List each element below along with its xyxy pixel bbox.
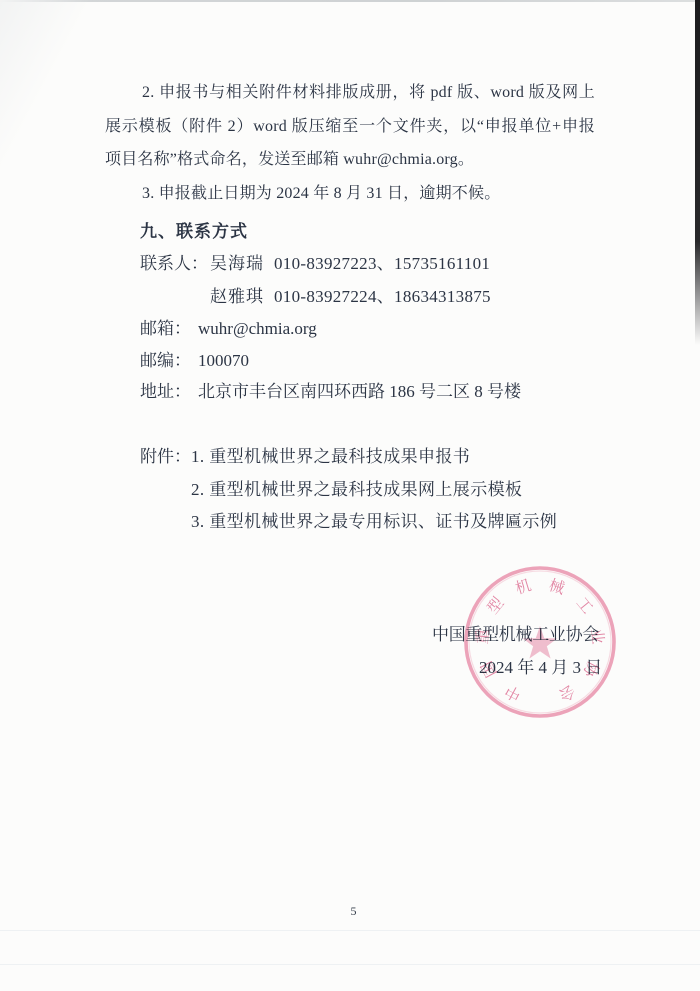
- svg-text:工: 工: [573, 594, 596, 617]
- address-value: 北京市丰台区南四环西路 186 号二区 8 号楼: [198, 382, 521, 401]
- star-icon: [523, 626, 557, 659]
- section-heading-contact: 九、联系方式: [140, 220, 248, 244]
- address-label: 地址：: [140, 382, 191, 401]
- contact-row: 赵雅琪010-83927224、18634313875: [140, 285, 491, 309]
- email-row: 邮箱：wuhr@chmia.org: [140, 317, 317, 341]
- paragraph-line: 项目名称”格式命名，发送至邮箱 wuhr@chmia.org。: [105, 143, 595, 177]
- page-number: 5: [0, 904, 700, 919]
- address-row: 地址：北京市丰台区南四环西路 186 号二区 8 号楼: [140, 380, 521, 404]
- svg-text:机: 机: [513, 576, 534, 598]
- svg-text:重: 重: [473, 628, 492, 645]
- svg-text:械: 械: [547, 576, 568, 598]
- postal-row: 邮编：100070: [140, 349, 249, 373]
- scan-streak: [0, 930, 700, 931]
- svg-text:业: 业: [588, 628, 607, 646]
- attachments-block: 附件： 1. 重型机械世界之最科技成果申报书 2. 重型机械世界之最科技成果网上…: [140, 441, 557, 539]
- paragraph-line: 2. 申报书与相关附件材料排版成册，将 pdf 版、word 版及网上: [105, 76, 595, 110]
- paragraph-line: 展示模板（附件 2）word 版压缩至一个文件夹，以“申报单位+申报: [105, 110, 595, 144]
- scanned-document-page: 2. 申报书与相关附件材料排版成册，将 pdf 版、word 版及网上 展示模板…: [0, 0, 700, 991]
- contact-row: 联系人：吴海瑞010-83927223、15735161101: [140, 252, 490, 276]
- attachment-item: 3. 重型机械世界之最专用标识、证书及牌匾示例: [191, 506, 557, 539]
- body-paragraphs: 2. 申报书与相关附件材料排版成册，将 pdf 版、word 版及网上 展示模板…: [105, 76, 595, 210]
- scan-right-edge-line: [695, 0, 700, 345]
- scan-streak: [0, 964, 700, 965]
- contact-name: 吴海瑞: [210, 252, 274, 276]
- svg-text:协: 协: [579, 658, 602, 681]
- attachment-item: 1. 重型机械世界之最科技成果申报书: [191, 441, 557, 474]
- postal-label: 邮编：: [140, 351, 191, 370]
- postal-value: 100070: [198, 351, 249, 370]
- attachment-item: 2. 重型机械世界之最科技成果网上展示模板: [191, 474, 557, 507]
- scan-top-edge: [0, 0, 700, 2]
- email-label: 邮箱：: [140, 319, 191, 338]
- svg-text:型: 型: [484, 594, 508, 617]
- email-value: wuhr@chmia.org: [198, 319, 317, 338]
- official-seal-stamp: 中国重型机械工业协会: [445, 547, 635, 737]
- contact-label: 联系人：: [140, 252, 210, 276]
- svg-text:国: 国: [478, 658, 501, 680]
- paragraph-line: 3. 申报截止日期为 2024 年 8 月 31 日，逾期不候。: [105, 177, 595, 211]
- contact-phones: 010-83927224、18634313875: [274, 285, 491, 309]
- attachments-label: 附件：: [140, 441, 191, 474]
- svg-text:中: 中: [502, 681, 524, 704]
- svg-text:会: 会: [555, 681, 578, 704]
- contact-name: 赵雅琪: [210, 285, 274, 309]
- contact-phones: 010-83927223、15735161101: [274, 252, 490, 276]
